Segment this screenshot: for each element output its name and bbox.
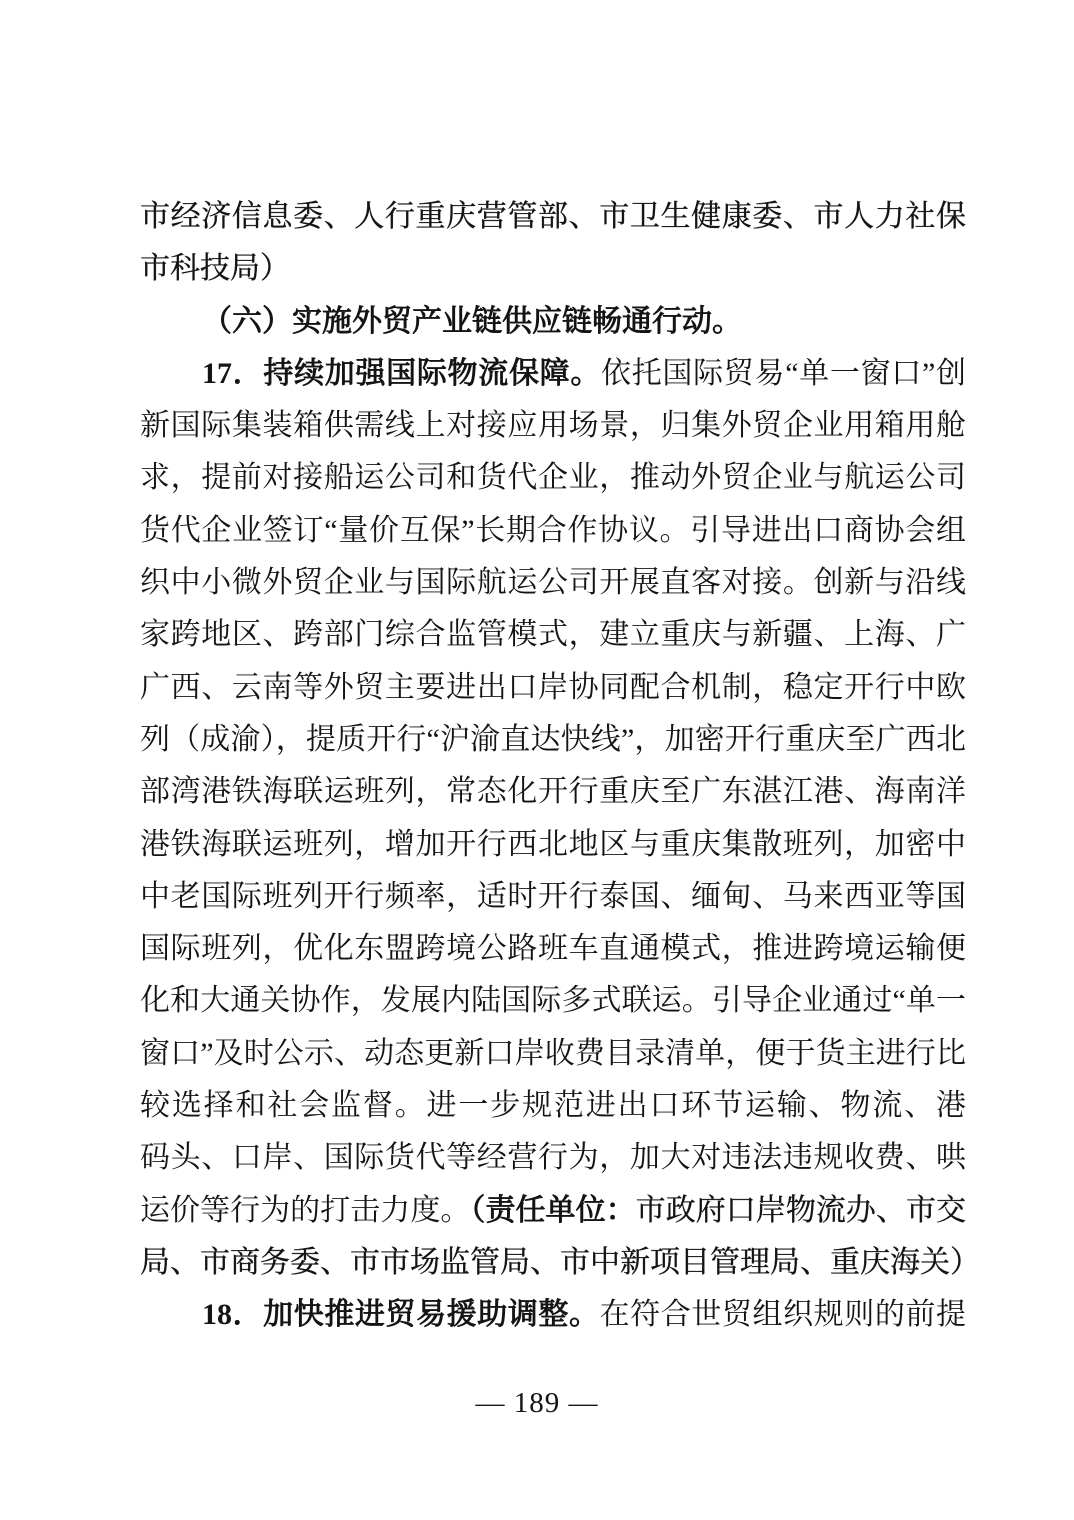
page-number: — 189 — <box>0 1385 1074 1421</box>
text-line: 市科技局） <box>140 243 966 295</box>
text-segment: 依托国际贸易“单一窗口”创 <box>601 357 966 390</box>
text-line: 织中小微外贸企业与国际航运公司开展直客对接。创新与沿线国 <box>140 557 966 609</box>
document-page: 市经济信息委、人行重庆营管部、市卫生健康委、市人力社保局、市科技局）（六）实施外… <box>0 0 1074 1520</box>
text-line: 运价等行为的打击力度。（责任单位：市政府口岸物流办、市交通 <box>140 1185 966 1237</box>
text-line: 新国际集装箱供需线上对接应用场景，归集外贸企业用箱用舱需 <box>140 400 966 452</box>
text-segment: 部湾港铁海联运班列，常态化开行重庆至广东湛江港、海南洋浦 <box>140 775 966 818</box>
text-segment: 广西、云南等外贸主要进出口岸协同配合机制，稳定开行中欧班 <box>140 671 966 714</box>
text-line: 局、市商务委、市市场监管局、市中新项目管理局、重庆海关） <box>140 1237 966 1289</box>
text-line: （六）实施外贸产业链供应链畅通行动。 <box>140 296 966 348</box>
text-line: 部湾港铁海联运班列，常态化开行重庆至广东湛江港、海南洋浦 <box>140 766 966 818</box>
text-line: 市经济信息委、人行重庆营管部、市卫生健康委、市人力社保局、 <box>140 191 966 243</box>
text-line: 18．加快推进贸易援助调整。在符合世贸组织规则的前提下， <box>140 1289 966 1341</box>
document-body: 市经济信息委、人行重庆营管部、市卫生健康委、市人力社保局、市科技局）（六）实施外… <box>140 191 966 1342</box>
text-line: 求，提前对接船运公司和货代企业，推动外贸企业与航运公司和 <box>140 452 966 504</box>
text-segment: 窗口”及时公示、动态更新口岸收费目录清单，便于货主进行比 <box>140 1037 966 1070</box>
text-line: 码头、口岸、国际货代等经营行为，加大对违法违规收费、哄抬 <box>140 1132 966 1184</box>
text-segment: 求，提前对接船运公司和货代企业，推动外贸企业与航运公司和 <box>140 461 966 504</box>
text-line: 窗口”及时公示、动态更新口岸收费目录清单，便于货主进行比 <box>140 1028 966 1080</box>
text-line: 化和大通关协作，发展内陆国际多式联运。引导企业通过“单一 <box>140 975 966 1027</box>
text-segment: 货代企业签订“量价互保”长期合作协议。引导进出口商协会组 <box>140 514 966 547</box>
text-segment: 运价等行为的打击力度。 <box>140 1194 470 1227</box>
text-line: 较选择和社会监督。进一步规范进出口环节运输、物流、港口、 <box>140 1080 966 1132</box>
text-line: 广西、云南等外贸主要进出口岸协同配合机制，稳定开行中欧班 <box>140 662 966 714</box>
text-segment: 中老国际班列开行频率，适时开行泰国、缅甸、马来西亚等国家 <box>140 880 966 923</box>
text-segment: 码头、口岸、国际货代等经营行为，加大对违法违规收费、哄抬 <box>140 1141 966 1184</box>
text-segment: 港铁海联运班列，增加开行西北地区与重庆集散班列，加密中越、 <box>140 828 966 871</box>
text-line: 17．持续加强国际物流保障。依托国际贸易“单一窗口”创 <box>140 348 966 400</box>
text-segment: 织中小微外贸企业与国际航运公司开展直客对接。创新与沿线国 <box>140 566 966 609</box>
text-segment: 18．加快推进贸易援助调整。 <box>202 1298 600 1331</box>
text-line: 货代企业签订“量价互保”长期合作协议。引导进出口商协会组 <box>140 505 966 557</box>
text-line: 港铁海联运班列，增加开行西北地区与重庆集散班列，加密中越、 <box>140 819 966 871</box>
text-segment: 列（成渝），提质开行“沪渝直达快线”，加密开行重庆至广西北 <box>140 723 966 756</box>
text-segment: （责任单位： <box>470 1194 635 1227</box>
text-segment: 市科技局） <box>140 252 290 285</box>
text-segment: 17．持续加强国际物流保障。 <box>202 357 601 390</box>
text-segment: （六）实施外贸产业链供应链畅通行动。 <box>202 305 742 338</box>
text-segment: 家跨地区、跨部门综合监管模式，建立重庆与新疆、上海、广东、 <box>140 618 966 661</box>
text-line: 国际班列，优化东盟跨境公路班车直通模式，推进跨境运输便利 <box>140 923 966 975</box>
text-line: 中老国际班列开行频率，适时开行泰国、缅甸、马来西亚等国家 <box>140 871 966 923</box>
text-segment: 市经济信息委、人行重庆营管部、市卫生健康委、市人力社保局、 <box>140 200 966 243</box>
text-segment: 化和大通关协作，发展内陆国际多式联运。引导企业通过“单一 <box>140 984 966 1017</box>
text-segment: 国际班列，优化东盟跨境公路班车直通模式，推进跨境运输便利 <box>140 932 966 975</box>
text-segment: 新国际集装箱供需线上对接应用场景，归集外贸企业用箱用舱需 <box>140 409 966 452</box>
text-line: 家跨地区、跨部门综合监管模式，建立重庆与新疆、上海、广东、 <box>140 609 966 661</box>
text-line: 列（成渝），提质开行“沪渝直达快线”，加密开行重庆至广西北 <box>140 714 966 766</box>
text-segment: 较选择和社会监督。进一步规范进出口环节运输、物流、港口、 <box>140 1089 966 1132</box>
text-segment: 局、市商务委、市市场监管局、市中新项目管理局、重庆海关） <box>140 1246 966 1279</box>
